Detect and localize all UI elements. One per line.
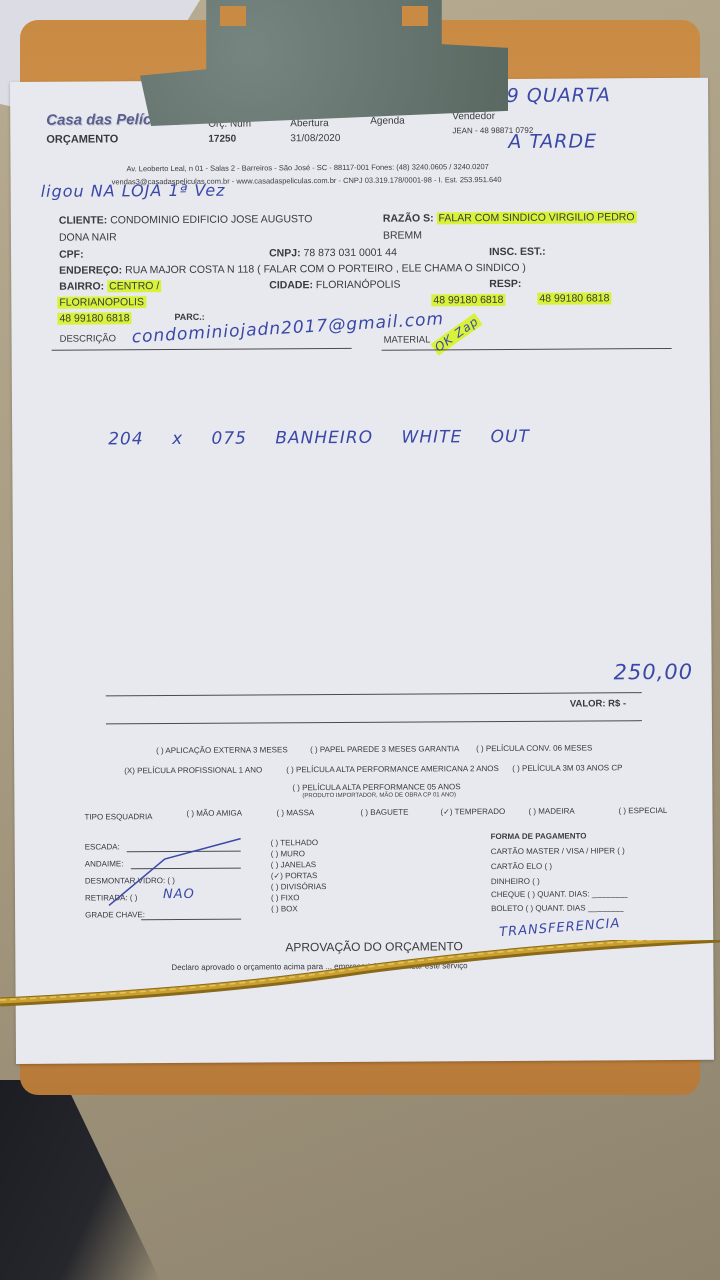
cidade-value: FLORIANÓPOLIS bbox=[316, 279, 401, 292]
option-pelicula-profissional[interactable]: (X) PELÍCULA PROFISSIONAL 1 ANO bbox=[124, 765, 262, 775]
clip-slot bbox=[402, 6, 428, 26]
option-pelicula-3m[interactable]: ( ) PELÍCULA 3M 03 ANOS CP bbox=[512, 763, 622, 773]
esquadria-madeira[interactable]: ( ) MADEIRA bbox=[528, 807, 574, 816]
bairro-value: CENTRO / bbox=[107, 280, 161, 292]
orc-num: 17250 bbox=[208, 134, 236, 145]
handwritten-valor: 250,00 bbox=[614, 660, 694, 684]
valor-line-bottom bbox=[106, 720, 642, 724]
handwritten-strike bbox=[105, 837, 245, 910]
local-muro[interactable]: ( ) MURO bbox=[271, 849, 305, 858]
handwritten-note: ligou NA LOJA 1ª Vez bbox=[41, 181, 226, 201]
cnpj-value: 78 873 031 0001 44 bbox=[303, 247, 397, 260]
valor-label: VALOR: R$ - bbox=[570, 698, 626, 709]
esquadria-massa[interactable]: ( ) MASSA bbox=[276, 808, 314, 817]
esquadria-baguete[interactable]: ( ) BAGUETE bbox=[360, 808, 408, 817]
cidade-row: CIDADE: FLORIANÓPOLIS bbox=[269, 279, 400, 292]
option-pelicula-americana[interactable]: ( ) PELÍCULA ALTA PERFORMANCE AMERICANA … bbox=[286, 764, 499, 774]
material-label: MATERIAL bbox=[384, 334, 431, 345]
company-address: Av. Leoberto Leal, n 01 - Salas 2 - Barr… bbox=[127, 162, 489, 173]
endereco-value: RUA MAJOR COSTA N 118 ( FALAR COM O PORT… bbox=[125, 262, 526, 276]
aprovacao-text: Declaro aprovado o orçamento acima para … bbox=[171, 961, 467, 972]
resp-label: RESP: bbox=[489, 278, 521, 290]
pagamento-cartao-master[interactable]: CARTÃO MASTER / VISA / HIPER ( ) bbox=[491, 846, 625, 856]
option-aplicacao-externa[interactable]: ( ) APLICAÇÃO EXTERNA 3 MESES bbox=[156, 745, 288, 755]
grade-chave-line bbox=[141, 919, 241, 921]
handwritten-agenda-time: A TARDE bbox=[508, 130, 597, 153]
grade-chave-label: GRADE CHAVE: bbox=[85, 910, 145, 919]
aprovacao-title: APROVAÇÃO DO ORÇAMENTO bbox=[285, 939, 463, 954]
cpf-label: CPF: bbox=[59, 249, 84, 261]
endereco-row: ENDEREÇO: RUA MAJOR COSTA N 118 ( FALAR … bbox=[59, 262, 526, 277]
local-portas[interactable]: (✓) PORTAS bbox=[271, 871, 317, 880]
option-pelicula-alta-05[interactable]: ( ) PELÍCULA ALTA PERFORMANCE 05 ANOS bbox=[292, 782, 460, 792]
esquadria-mao-amiga[interactable]: ( ) MÃO AMIGA bbox=[186, 809, 242, 818]
pagamento-cheque[interactable]: CHEQUE ( ) QUANT. DIAS: ________ bbox=[491, 889, 628, 899]
quote-form: Casa das Películas ORÇAMENTO Orç. Núm 17… bbox=[10, 78, 714, 1064]
handwritten-item: 204 x 075 BANHEIRO WHITE OUT bbox=[108, 427, 530, 450]
phone-1: 48 99180 6818 bbox=[57, 312, 131, 324]
clip-slot bbox=[220, 6, 246, 26]
cliente-value: CONDOMINIO EDIFICIO JOSE AUGUSTO bbox=[110, 213, 312, 226]
local-box[interactable]: ( ) BOX bbox=[271, 904, 298, 913]
local-janelas[interactable]: ( ) JANELAS bbox=[271, 860, 316, 869]
descricao-label: DESCRIÇÃO bbox=[60, 333, 117, 344]
bairro-row: BAIRRO: CENTRO / bbox=[59, 280, 161, 293]
local-telhado[interactable]: ( ) TELHADO bbox=[271, 838, 318, 847]
option-pelicula-alta-05-sub: (PRODUTO IMPORTADOR, MÃO DE OBRA CP 01 A… bbox=[302, 792, 456, 799]
pagamento-cartao-elo[interactable]: CARTÃO ELO ( ) bbox=[491, 862, 552, 871]
abertura-date: 31/08/2020 bbox=[290, 133, 340, 144]
bairro-line2: FLORIANOPOLIS bbox=[57, 296, 146, 309]
pagamento-dinheiro[interactable]: DINHEIRO ( ) bbox=[491, 877, 540, 886]
pagamento-title: FORMA DE PAGAMENTO bbox=[491, 831, 587, 841]
pagamento-boleto[interactable]: BOLETO ( ) QUANT. DIAS ________ bbox=[491, 903, 623, 913]
dark-fabric bbox=[0, 1080, 160, 1280]
parc-label: PARC.: bbox=[174, 312, 204, 322]
handwritten-pagamento: TRANSFERENCIA bbox=[499, 916, 621, 940]
phone-2: 48 99180 6818 bbox=[431, 294, 505, 306]
material-line bbox=[382, 348, 672, 351]
cliente-row: CLIENTE: CONDOMINIO EDIFICIO JOSE AUGUST… bbox=[59, 213, 313, 227]
esquadria-label: TIPO ESQUADRIA bbox=[84, 812, 152, 821]
valor-line-top bbox=[106, 692, 642, 696]
agenda-label: Agenda bbox=[370, 116, 405, 127]
esquadria-especial[interactable]: ( ) ESPECIAL bbox=[618, 806, 667, 815]
razao-row: RAZÃO S: FALAR COM SINDICO VIRGILIO PEDR… bbox=[383, 211, 637, 225]
local-fixo[interactable]: ( ) FIXO bbox=[271, 893, 300, 902]
cliente-line2: DONA NAIR bbox=[59, 231, 117, 243]
phone-3: 48 99180 6818 bbox=[537, 292, 611, 304]
option-pelicula-conv[interactable]: ( ) PELÍCULA CONV. 06 MESES bbox=[476, 743, 592, 753]
cnpj-row: CNPJ: 78 873 031 0001 44 bbox=[269, 247, 397, 260]
option-papel-parede[interactable]: ( ) PAPEL PAREDE 3 MESES GARANTIA bbox=[310, 744, 459, 754]
esquadria-temperado[interactable]: (✓) TEMPERADO bbox=[440, 807, 505, 816]
razao-value: FALAR COM SINDICO VIRGILIO PEDRO bbox=[436, 211, 636, 224]
descricao-line bbox=[52, 348, 352, 351]
razao-line2: BREMM bbox=[383, 229, 422, 241]
local-divisorias[interactable]: ( ) DIVISÓRIAS bbox=[271, 882, 327, 891]
insc-label: INSC. EST.: bbox=[489, 246, 546, 258]
doc-type: ORÇAMENTO bbox=[46, 133, 118, 145]
